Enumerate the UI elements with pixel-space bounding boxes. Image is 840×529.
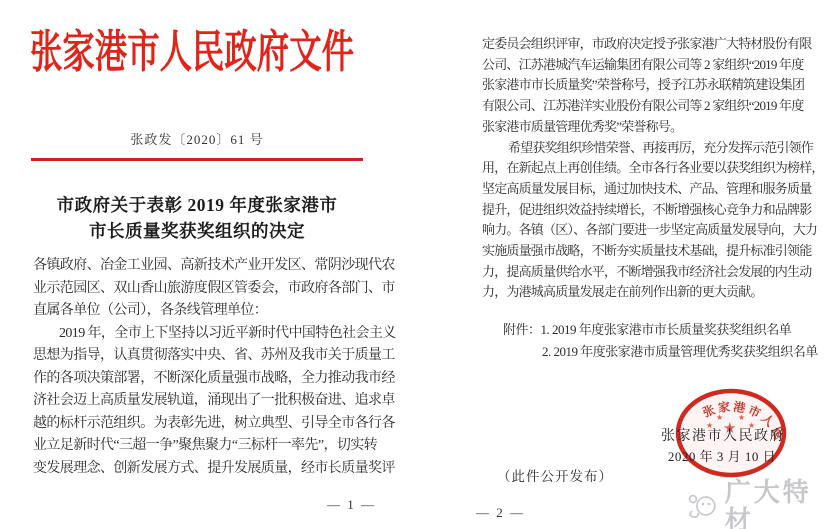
issuing-authority: 张家港市人民政府 xyxy=(648,425,798,445)
attachment-2: 2. 2019 年度张家港市质量管理优秀奖获奖组织名单 xyxy=(542,344,818,359)
body-line: 希望获奖组织珍惜荣誉、再接再厉，充分发挥示范引领作 xyxy=(482,138,810,159)
body-line: 用，在新起点上再创佳绩。全市各行各业要以获奖组织为榜样， xyxy=(482,158,810,179)
body-line: 张家港市质量管理优秀奖”荣誉称号。 xyxy=(482,117,810,138)
attachment-1: 1. 2019 年度张家港市市长质量奖获奖组织名单 xyxy=(541,322,792,337)
attachment-item: 附件：1. 2019 年度张家港市市长质量奖获奖组织名单 xyxy=(503,319,818,341)
body-line: 提升，促进组织效益持续增长，不断增强核心竞争力和品牌影 xyxy=(482,200,810,221)
body-line: 业示范园区、双山香山旅游度假区管委会，市政府各部门、市 xyxy=(33,278,381,301)
page1-number: — 1 — xyxy=(327,497,376,513)
page1-body: 各镇政府、冶金工业园、高新技术产业开发区、常阴沙现代农 业示范园区、双山香山旅游… xyxy=(33,255,381,480)
scanned-government-document: 张家港市人民政府文件 张政发〔2020〕61 号 市政府关于表彰 2019 年度… xyxy=(0,0,840,529)
body-line: 响力。各镇（区）、各部门要进一步坚定高质量发展导向，大力 xyxy=(482,220,810,241)
body-line: 2019 年，全市上下坚持以习近平新时代中国特色社会主义 xyxy=(33,323,381,346)
body-line: 坚定高质量发展目标，通过加快技术、产品、管理和服务质量 xyxy=(482,179,810,200)
body-line: 力，提高质量供给水平，不断增强我市经济社会发展的内生动 xyxy=(482,262,810,283)
body-line: 实施质量强市战略，不断夯实质量技术基础，提升标准引领能 xyxy=(482,241,810,262)
body-line: 直属各单位（公司），各条线管理单位： xyxy=(33,300,381,323)
body-line: 力，为港城高质量发展走在前列作出新的更大贡献。 xyxy=(482,282,810,303)
svg-text:★: ★ xyxy=(716,413,723,422)
body-line: 定委员会组织评审，市政府决定授予张家港广大特材股份有限 xyxy=(482,34,810,55)
body-line: 张家港市市长质量奖”荣誉称号，授予江苏永联精筑建设集团 xyxy=(482,75,810,96)
document-title: 市政府关于表彰 2019 年度张家港市 市长质量奖获奖组织的决定 xyxy=(15,192,379,244)
document-number: 张政发〔2020〕61 号 xyxy=(30,129,364,148)
body-line: 变发展理念、创新发展方式、提升发展质量，经市长质量奖评 xyxy=(33,458,381,481)
page2-body: 定委员会组织评审，市政府决定授予张家港广大特材股份有限 公司、江苏港城汽车运输集… xyxy=(482,34,810,303)
body-line: 思想为指导，认真贯彻落实中央、省、苏州及我市关于质量工 xyxy=(33,345,381,368)
page2-number: — 2 — xyxy=(476,505,525,521)
red-divider-rule xyxy=(31,158,363,161)
brand-watermark-text: 广大特材 xyxy=(725,478,840,529)
document-title-line2: 市长质量奖获奖组织的决定 xyxy=(15,218,379,244)
public-release-note: （此件公开发布） xyxy=(497,465,613,485)
body-line: 业立足新时代“三超一争”聚焦聚力“三标杆一率先”，切实转 xyxy=(33,435,381,458)
body-line: 作的各项决策部署，不断深化质量强市战略，全力推动我市经 xyxy=(33,368,381,391)
attachments-label: 附件： xyxy=(503,322,541,337)
document-title-line1: 市政府关于表彰 2019 年度张家港市 xyxy=(15,192,379,218)
body-line: 有限公司、江苏港洋实业股份有限公司等 2 家组织“2019 年度 xyxy=(482,96,810,117)
body-line: 济社会迈上高质量发展轨道，涌现出了一批积极奋进、追求卓 xyxy=(33,390,381,413)
attachments-list: 附件：1. 2019 年度张家港市市长质量奖获奖组织名单 2. 2019 年度张… xyxy=(503,319,818,362)
svg-text:★: ★ xyxy=(738,413,745,422)
body-line: 越的标杆示范组织。为表彰先进，树立典型、引导全市各行各 xyxy=(33,413,381,436)
document-header-title: 张家港市人民政府文件 xyxy=(30,27,354,78)
issue-date: 2020 年 3 月 10 日 xyxy=(646,446,798,465)
brand-watermark: 广大特材 xyxy=(686,478,840,529)
body-line: 公司、江苏港城汽车运输集团有限公司等 2 家组织“2019 年度 xyxy=(482,55,810,76)
body-line: 各镇政府、冶金工业园、高新技术产业开发区、常阴沙现代农 xyxy=(33,255,381,278)
guangda-logo-icon xyxy=(686,492,720,520)
document-header-banner: 张家港市人民政府文件 xyxy=(30,27,364,81)
attachment-item: 2. 2019 年度张家港市质量管理优秀奖获奖组织名单 xyxy=(503,341,818,363)
